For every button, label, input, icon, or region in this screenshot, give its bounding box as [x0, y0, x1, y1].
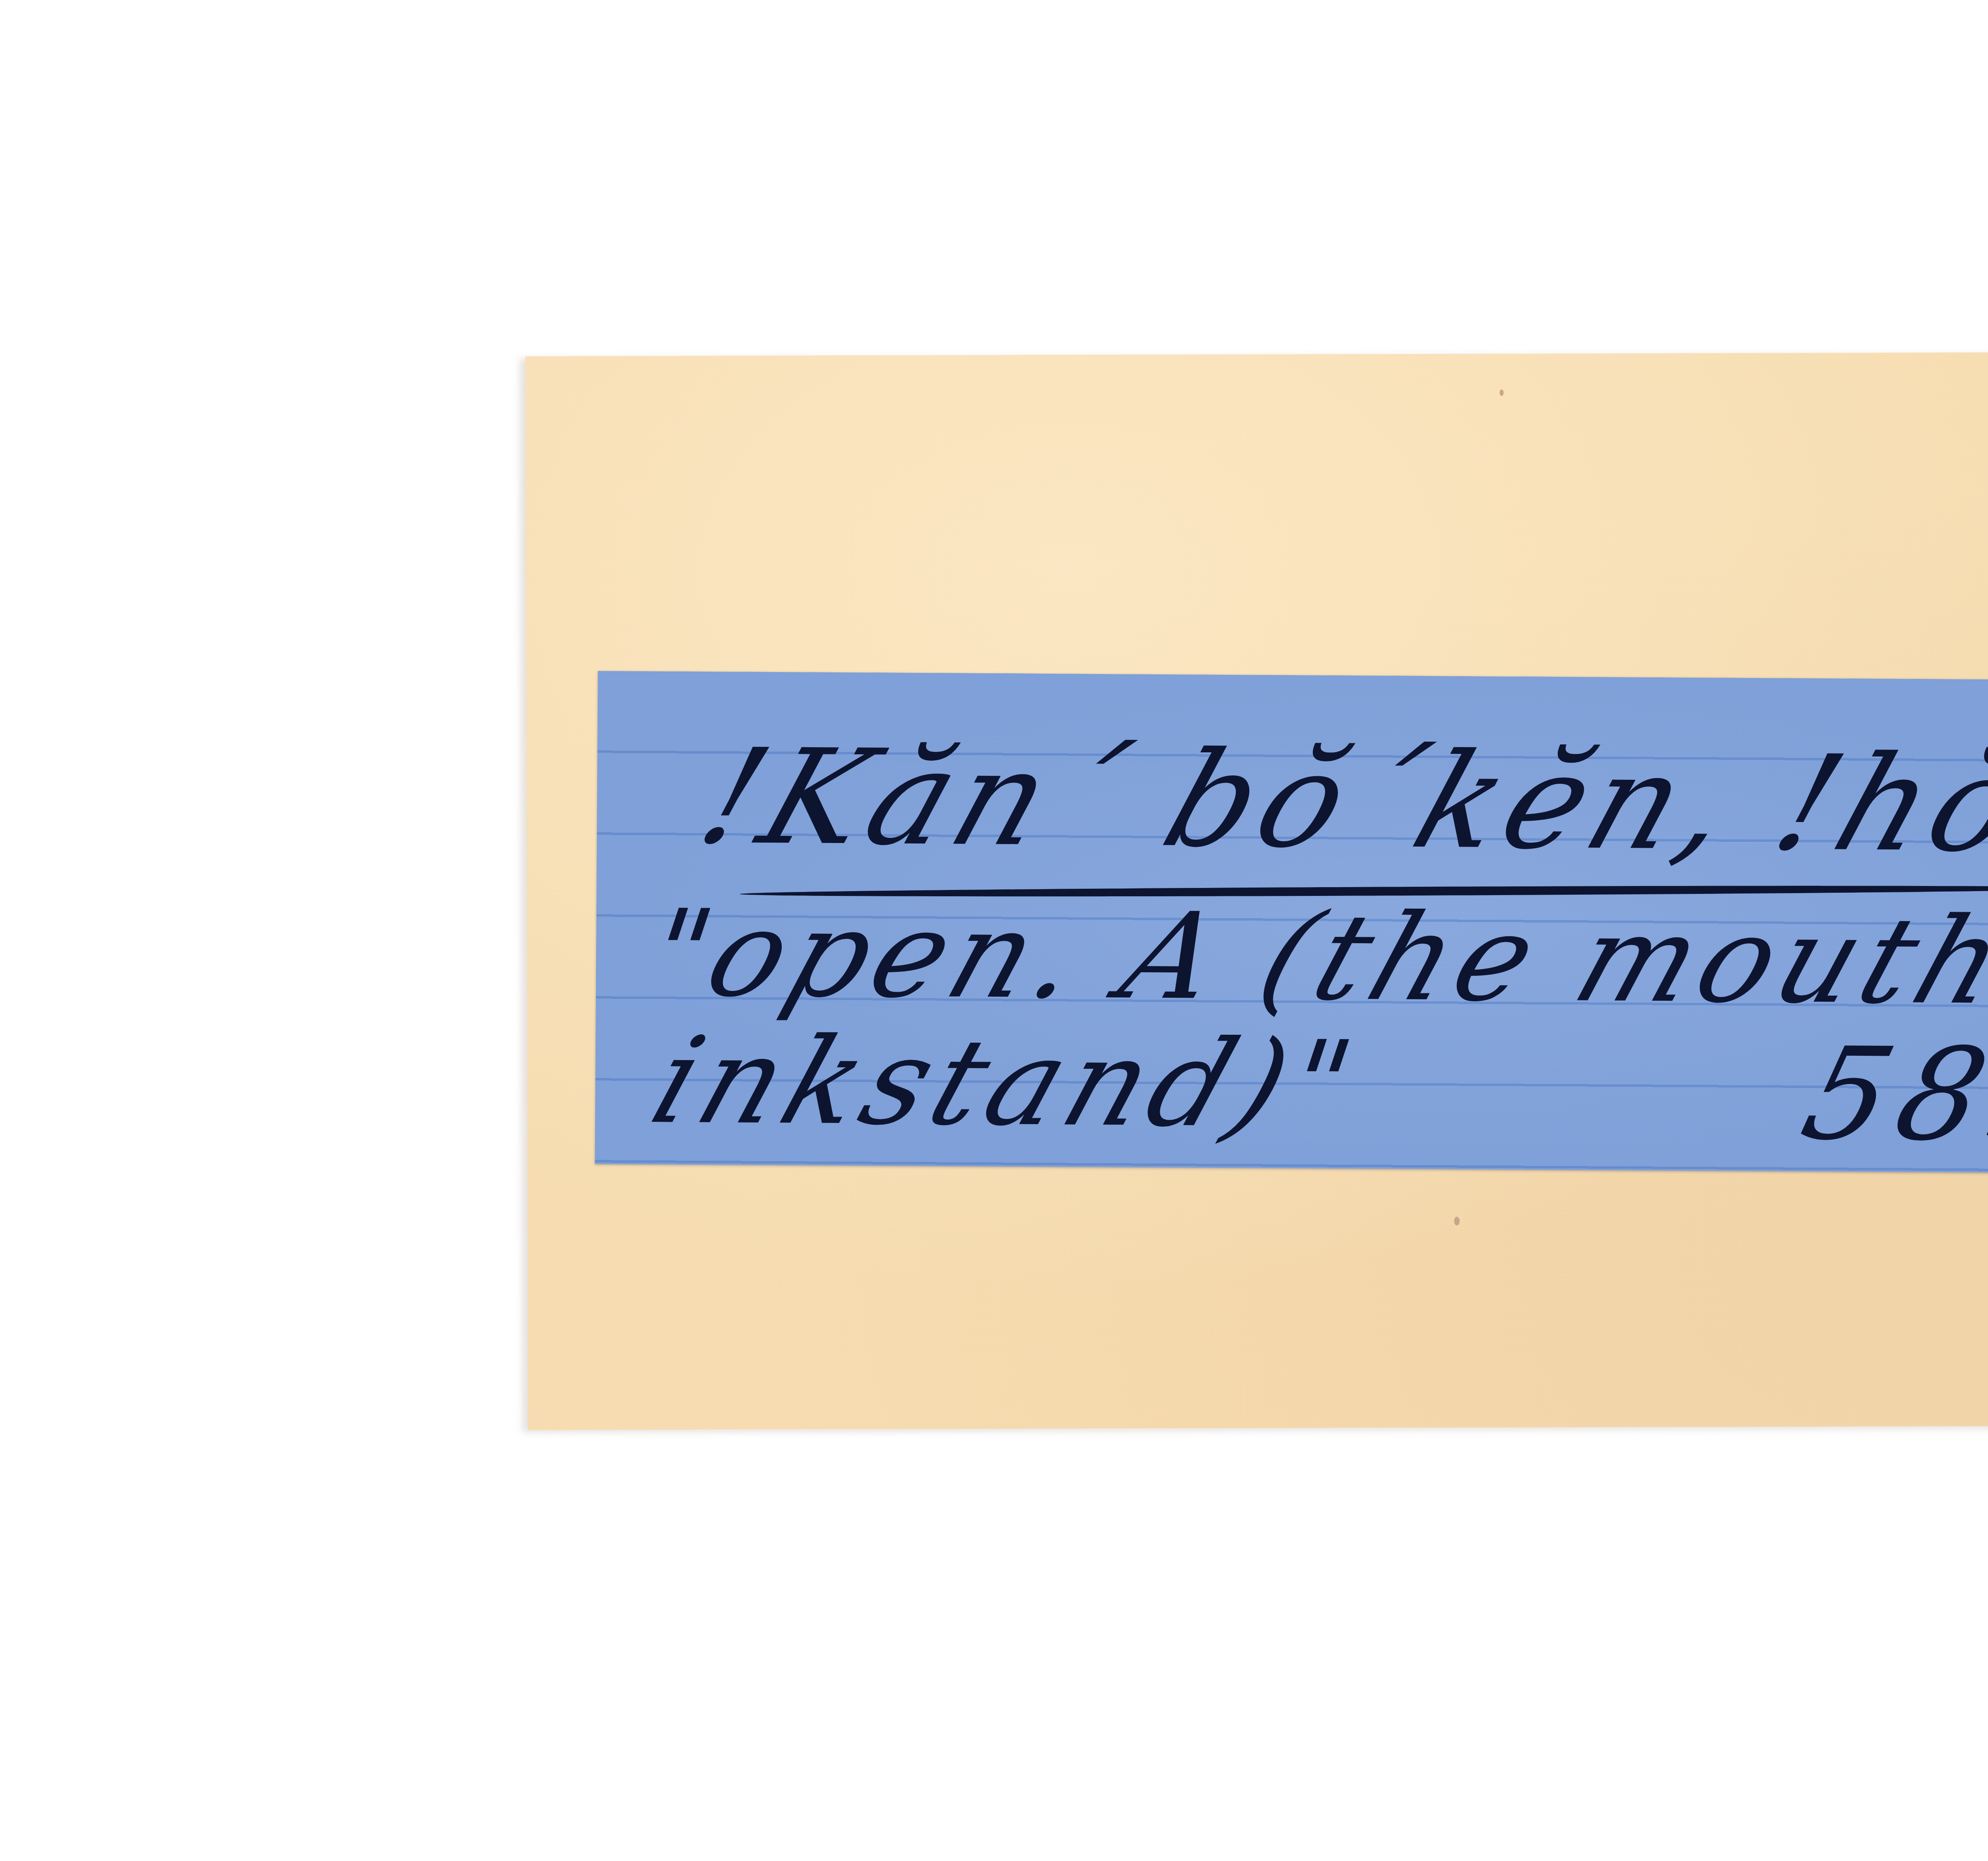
handwritten-slip: !Kăn´ bŏ´kĕn, !hŏ´ hă´ "open. A (the mou…: [595, 671, 1988, 1174]
paper-speck: [1500, 390, 1504, 396]
handwritten-line-2: "open. A (the mouth of an: [632, 894, 1988, 1024]
catalogue-number: 5857 3: [1789, 1020, 1988, 1171]
handwritten-line-3: inkstand)": [639, 1022, 1373, 1145]
paper-speck: [1454, 1217, 1460, 1226]
handwritten-line-1: !Kăn´ bŏ´kĕn, !hŏ´ hă´: [687, 731, 1988, 872]
